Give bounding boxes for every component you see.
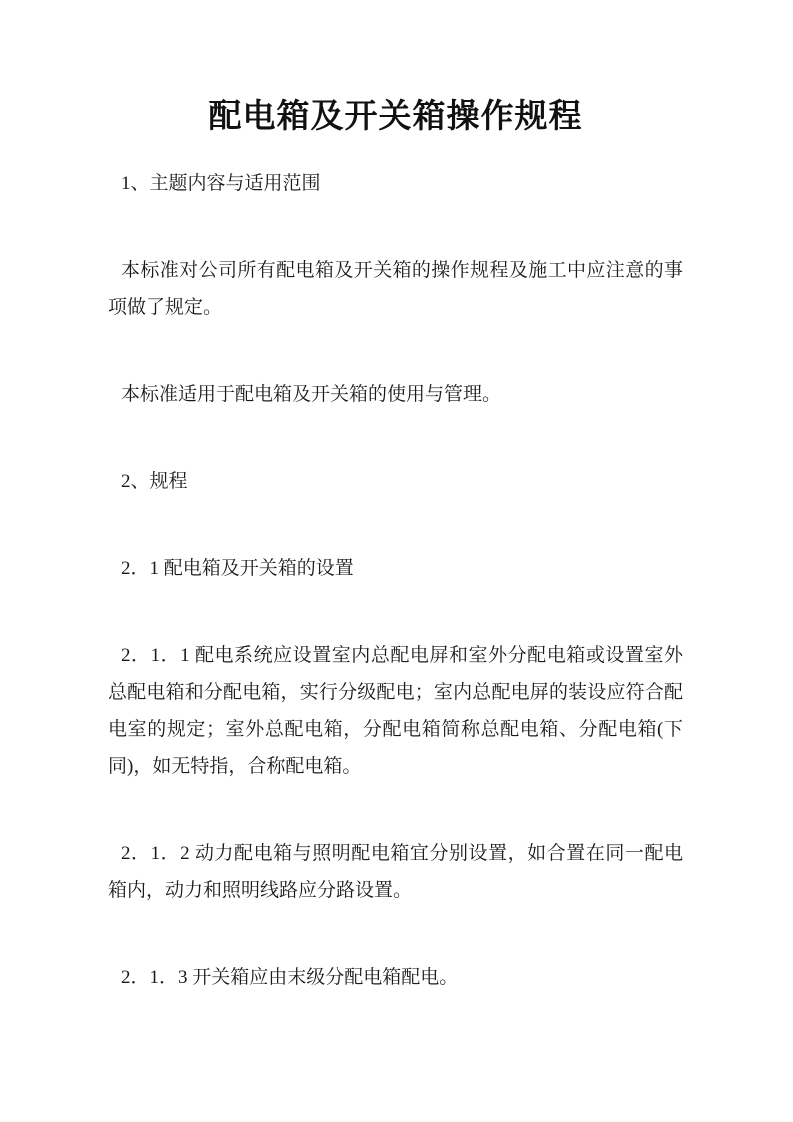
document-title: 配电箱及开关箱操作规程 — [108, 95, 683, 139]
document-page: 配电箱及开关箱操作规程 1、主题内容与适用范围 本标准对公司所有配电箱及开关箱的… — [0, 0, 793, 1122]
section-heading-1: 1、主题内容与适用范围 — [108, 165, 683, 202]
section-heading-2-1: 2．1 配电箱及开关箱的设置 — [108, 550, 683, 587]
paragraph-2-1-3: 2．1．3 开关箱应由末级分配电箱配电。 — [108, 959, 683, 996]
paragraph-applicability: 本标准适用于配电箱及开关箱的使用与管理。 — [108, 376, 683, 413]
section-heading-2: 2、规程 — [108, 463, 683, 500]
paragraph-scope: 本标准对公司所有配电箱及开关箱的操作规程及施工中应注意的事项做了规定。 — [108, 252, 683, 326]
paragraph-2-1-2: 2．1．2 动力配电箱与照明配电箱宜分别设置，如合置在同一配电箱内，动力和照明线… — [108, 835, 683, 909]
paragraph-2-1-1: 2．1．1 配电系统应设置室内总配电屏和室外分配电箱或设置室外总配电箱和分配电箱… — [108, 637, 683, 785]
